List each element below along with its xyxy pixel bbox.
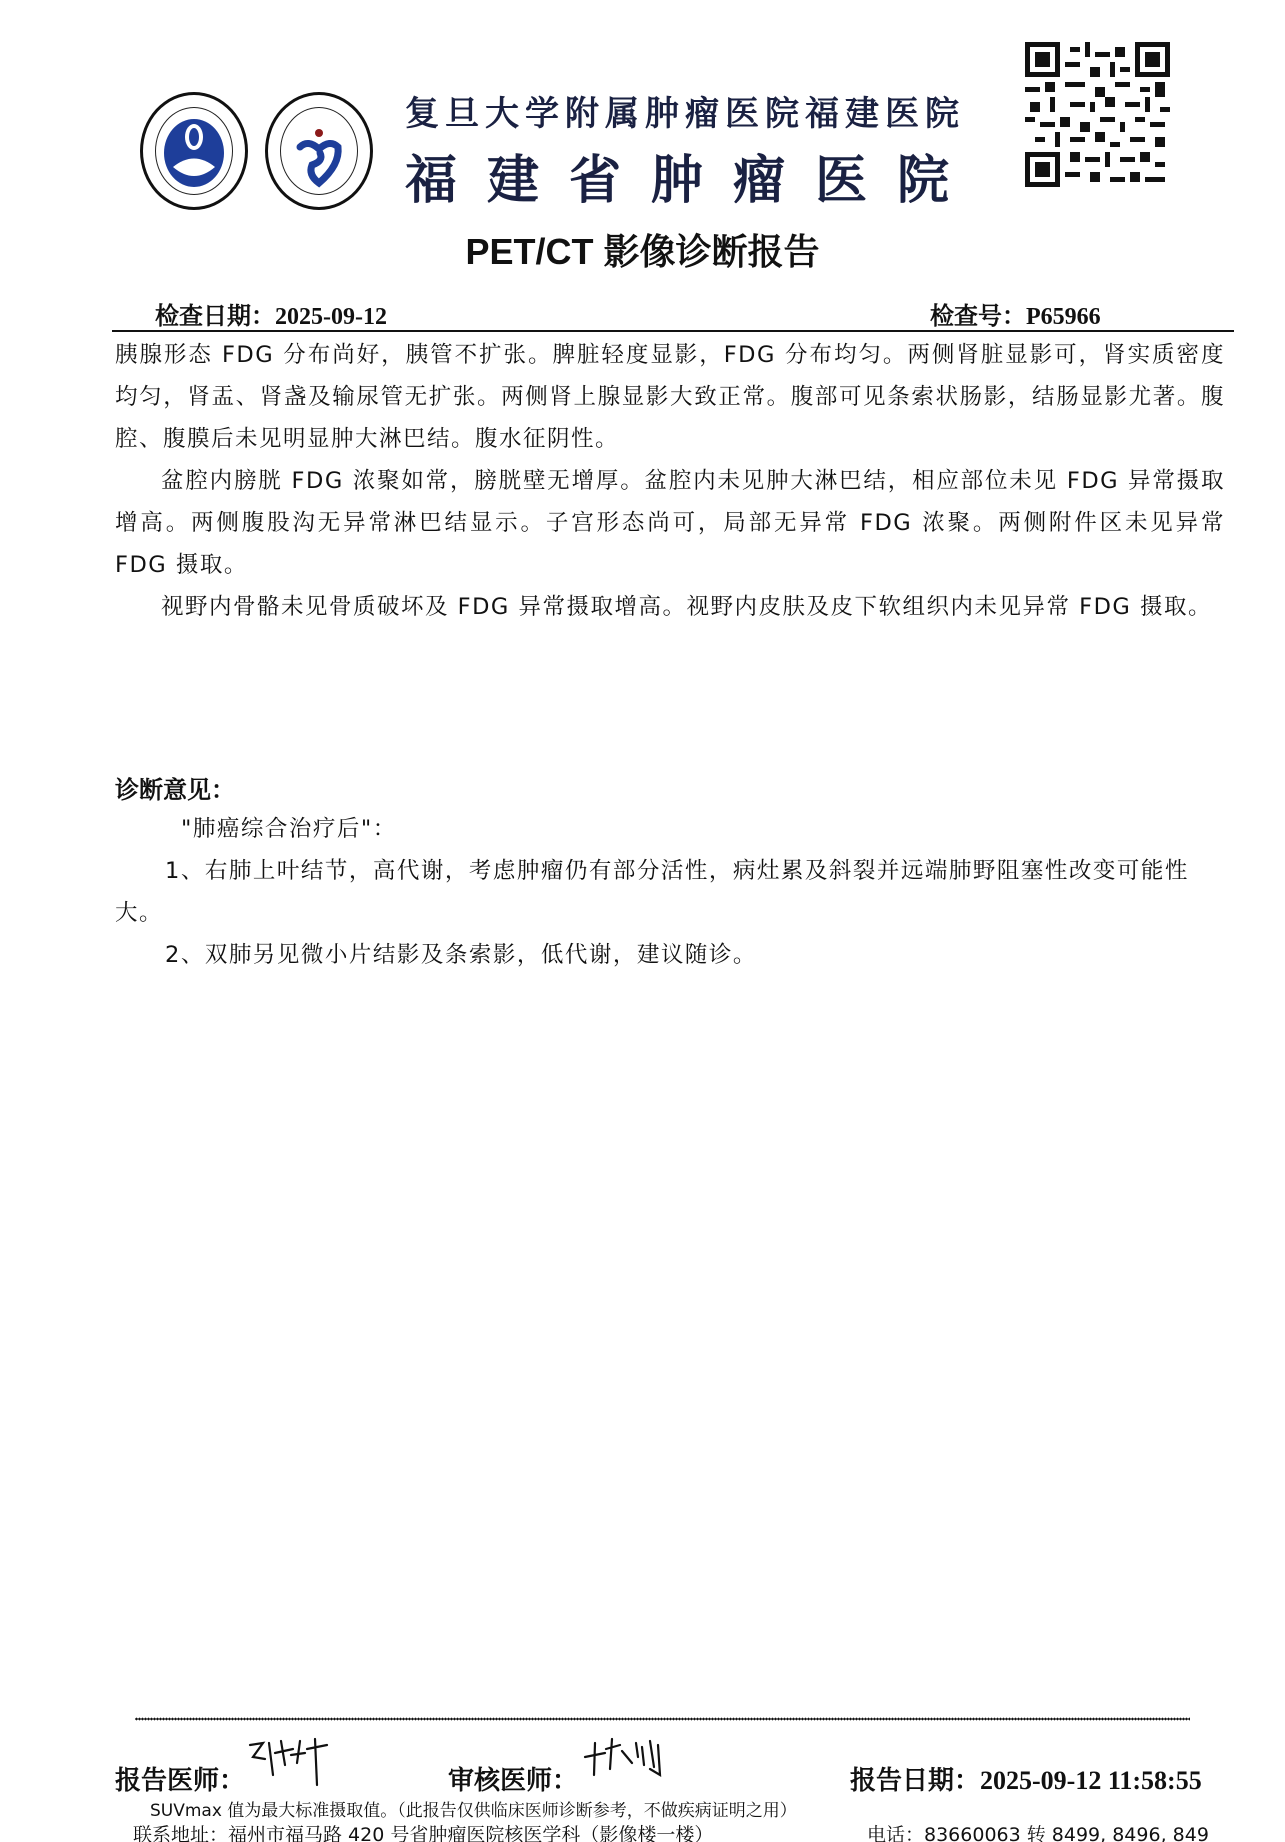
reviewer-signature-icon	[580, 1735, 690, 1790]
reporter-signature-icon	[245, 1735, 340, 1790]
exam-date-value: 2025-09-12	[275, 304, 387, 330]
exam-date: 检查日期：2025-09-12	[155, 296, 387, 331]
suvmax-note: SUVmax 值为最大标准摄取值。（此报告仅供临床医师诊断参考，不做疾病证明之用…	[150, 1796, 797, 1821]
exam-number-value: P65966	[1026, 304, 1101, 330]
cancer-center-emblem-icon	[265, 92, 373, 210]
diagnosis-heading: 诊断意见：	[115, 770, 235, 805]
hospital-name: 福建省肿瘤医院	[405, 138, 979, 213]
hospital-subtitle: 复旦大学附属肿瘤医院福建医院	[405, 86, 965, 135]
findings-paragraph: 视野内骨骼未见骨质破坏及 FDG 异常摄取增高。视野内皮肤及皮下软组织内未见异常…	[115, 586, 1225, 628]
hospital-emblem-icon	[140, 92, 248, 210]
reviewer-label: 审核医师：	[448, 1760, 578, 1797]
diagnosis-item: 2、双肺另见微小片结影及条索影，低代谢，建议随诊。	[115, 934, 1225, 976]
header-divider	[112, 330, 1234, 332]
contact-phone: 电话：83660063 转 8499, 8496, 849	[867, 1820, 1209, 1842]
report-title: PET/CT 影像诊断报告	[0, 224, 1285, 275]
report-date-label: 报告日期：	[850, 1765, 980, 1795]
exam-date-label: 检查日期：	[155, 304, 275, 330]
findings-paragraph: 胰腺形态 FDG 分布尚好，胰管不扩张。脾脏轻度显影，FDG 分布均匀。两侧肾脏…	[115, 334, 1225, 460]
findings-paragraph: 盆腔内膀胱 FDG 浓聚如常，膀胱壁无增厚。盆腔内未见肿大淋巴结，相应部位未见 …	[115, 460, 1225, 586]
exam-number-label: 检查号：	[930, 304, 1026, 330]
diagnosis-section: "肺癌综合治疗后"： 1、右肺上叶结节，高代谢，考虑肿瘤仍有部分活性，病灶累及斜…	[115, 808, 1225, 976]
diagnosis-item: 1、右肺上叶结节，高代谢，考虑肿瘤仍有部分活性，病灶累及斜裂并远端肺野阻塞性改变…	[115, 850, 1225, 934]
footer-dotted-divider	[135, 1716, 1190, 1722]
reporter-label: 报告医师：	[115, 1760, 245, 1797]
contact-address: 联系地址：福州市福马路 420 号省肿瘤医院核医学科（影像楼一楼）	[133, 1820, 713, 1842]
findings-section: 胰腺形态 FDG 分布尚好，胰管不扩张。脾脏轻度显影，FDG 分布均匀。两侧肾脏…	[115, 334, 1225, 628]
report-date-value: 2025-09-12 11:58:55	[980, 1766, 1202, 1795]
report-date: 报告日期：2025-09-12 11:58:55	[850, 1760, 1202, 1797]
exam-number: 检查号：P65966	[930, 296, 1101, 331]
qr-code-icon	[1025, 42, 1170, 187]
diagnosis-context: "肺癌综合治疗后"：	[115, 808, 1225, 850]
